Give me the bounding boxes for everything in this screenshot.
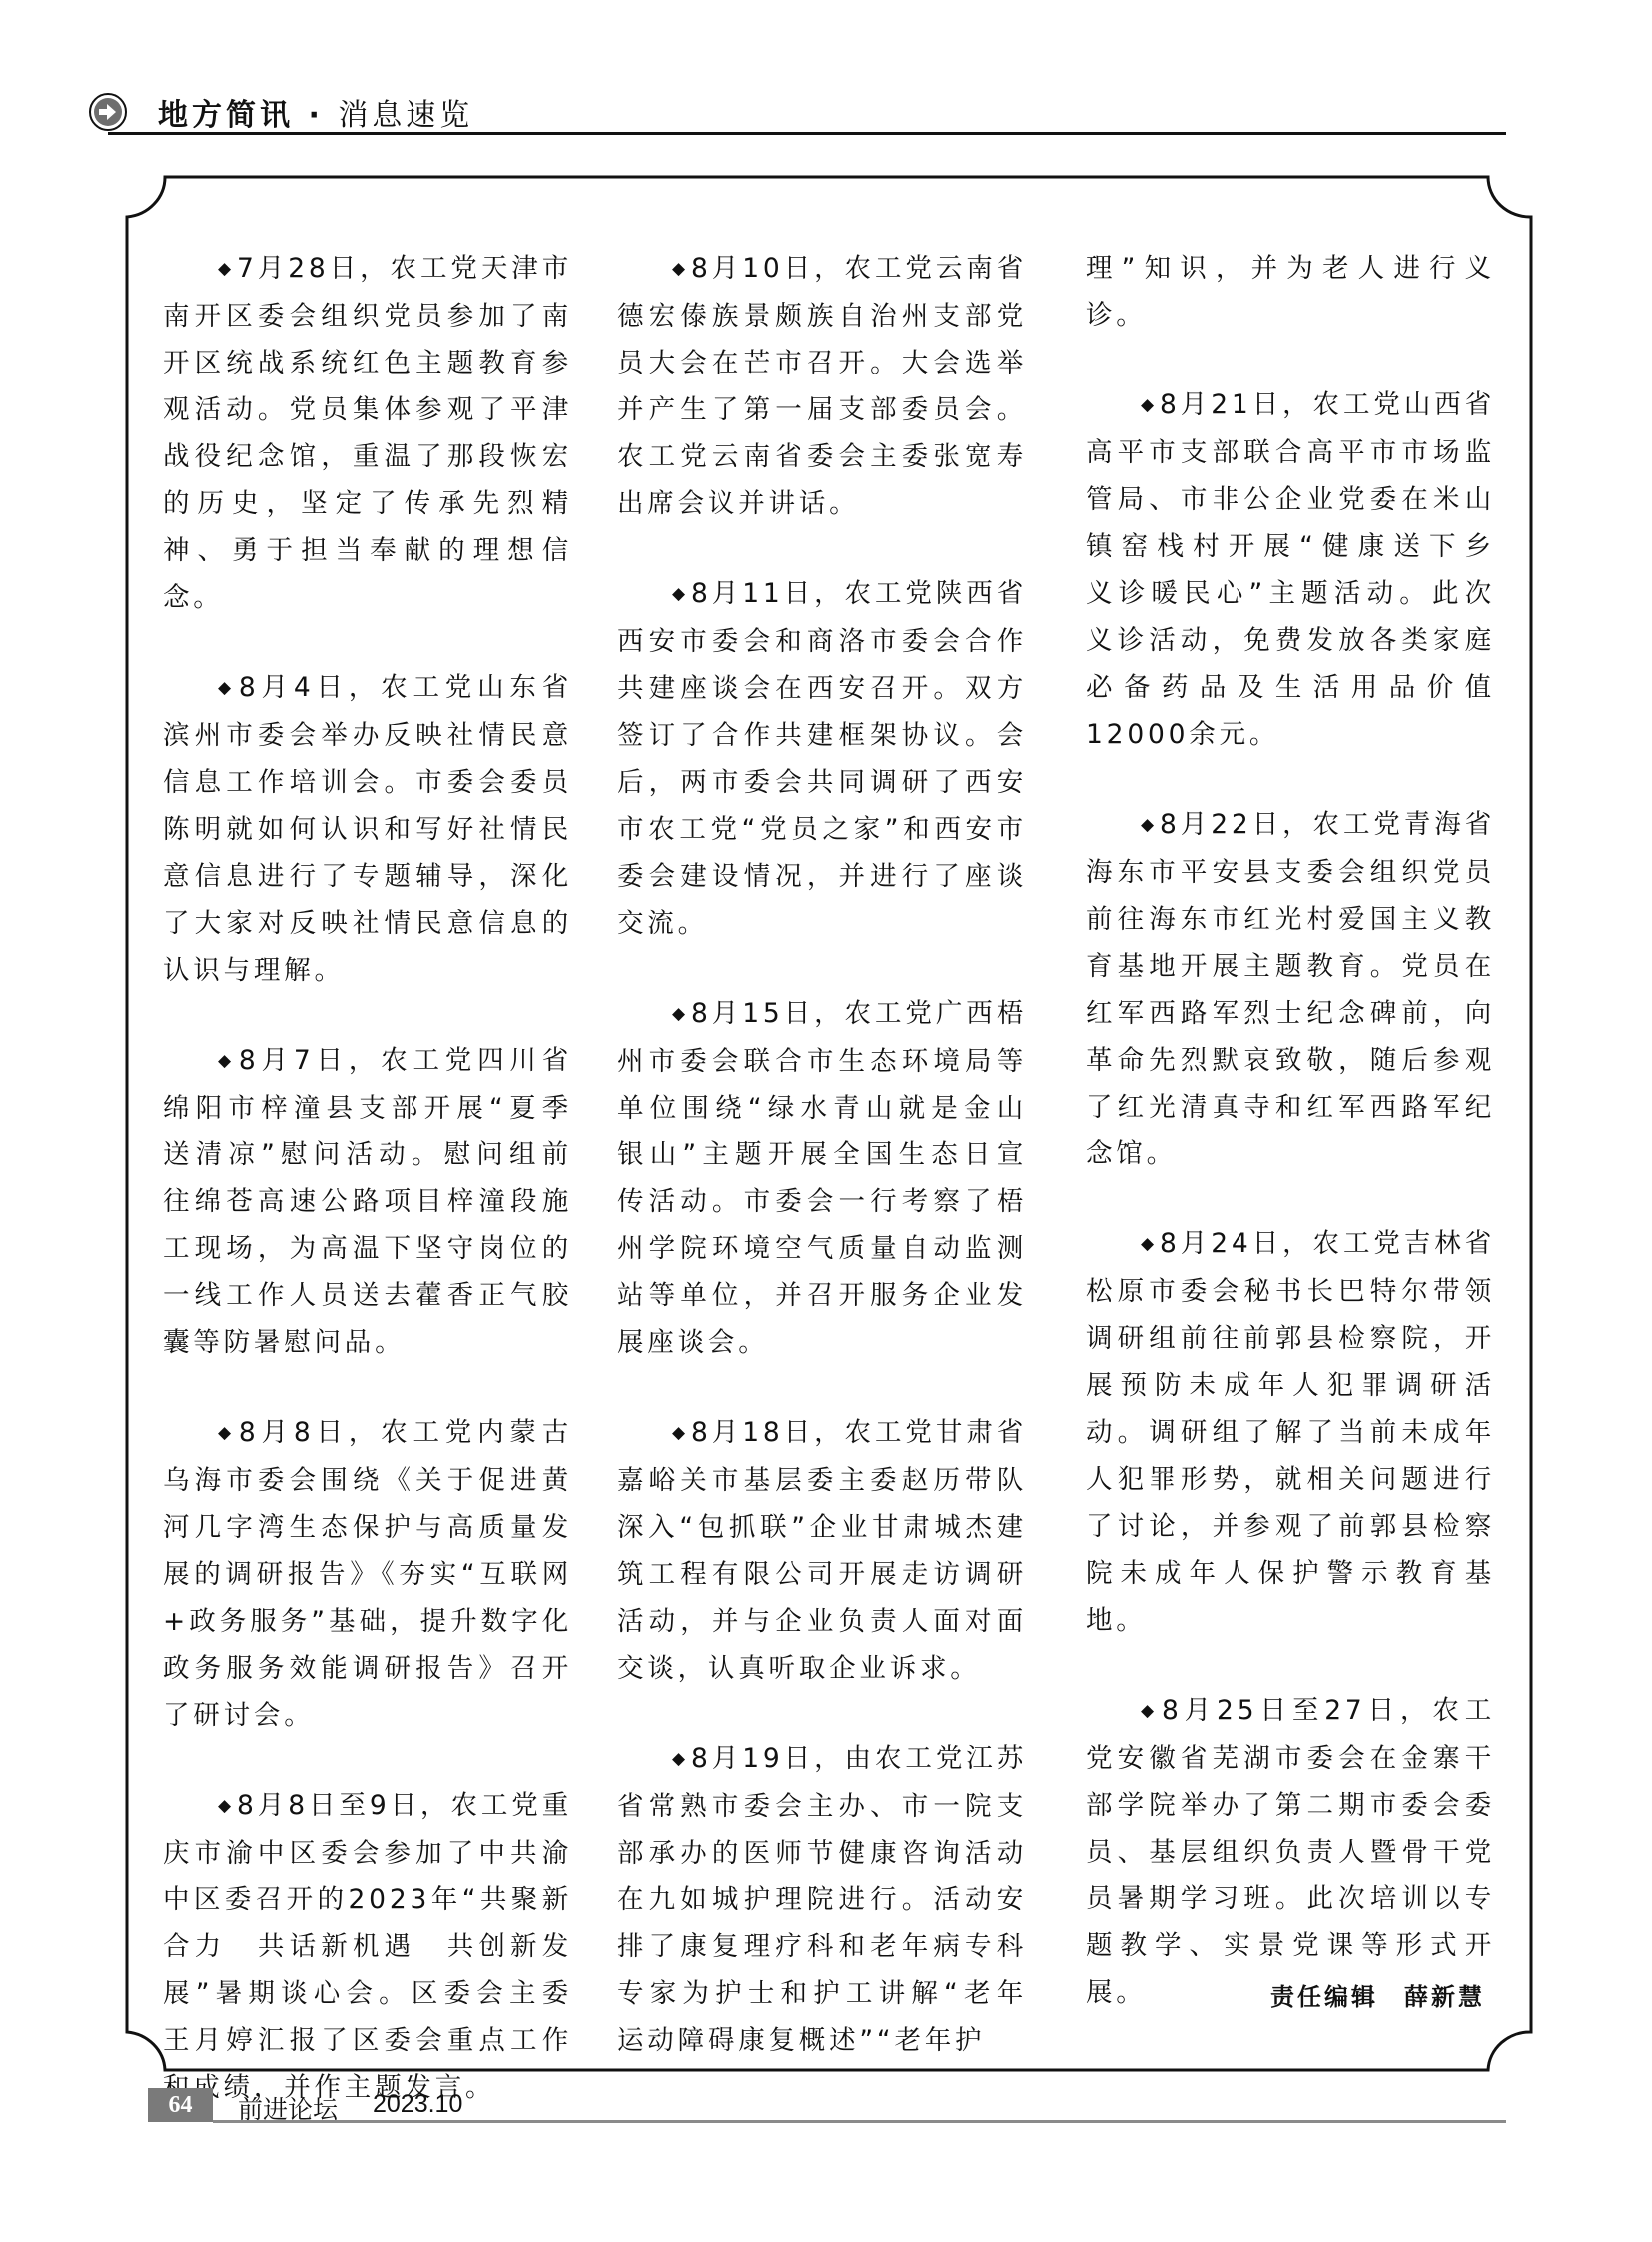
diamond-bullet-icon: ◆	[1141, 1701, 1160, 1721]
section-title-sub: 消息速览	[338, 98, 473, 133]
news-item: ◆8月22日，农工党青海省海东市平安县支委会组织党员前往海东市红光村爱国主义教育…	[1086, 801, 1495, 1177]
diamond-bullet-icon: ◆	[218, 1796, 235, 1816]
arrow-right-circle-icon	[88, 92, 128, 132]
news-text: 8月4日，农工党山东省滨州市委会举办反映社情民意信息工作培训会。市委会委员陈明就…	[163, 672, 572, 986]
news-text: 8月25日至27日，农工党安徽省芜湖市委会在金寨干部学院举办了第二期市委会委员、…	[1086, 1695, 1495, 2008]
news-item: ◆8月4日，农工党山东省滨州市委会举办反映社情民意信息工作培训会。市委会委员陈明…	[163, 664, 572, 994]
section-title: 地方简讯 · 消息速览	[158, 90, 473, 134]
news-item-continuation: 理”知识，并为老人进行义诊。	[1086, 245, 1495, 339]
news-column-2: ◆8月10日，农工党云南省德宏傣族景颇族自治州支部党员大会在芒市召开。大会选举并…	[617, 245, 1027, 2107]
footer-rule	[213, 2120, 1506, 2123]
news-text: 8月15日，农工党广西梧州市委会联合市生态环境局等单位围绕“绿水青山就是金山银山…	[617, 998, 1027, 1358]
diamond-bullet-icon: ◆	[218, 259, 235, 279]
diamond-bullet-icon: ◆	[218, 1423, 237, 1443]
news-text: 8月11日，农工党陕西省西安市委会和商洛市委会合作共建座谈会在西安召开。双方签订…	[617, 578, 1027, 939]
news-item: ◆8月21日，农工党山西省高平市支部联合高平市市场监管局、市非公企业党委在米山镇…	[1086, 381, 1495, 758]
diamond-bullet-icon: ◆	[218, 678, 237, 698]
editor-label: 责任编辑	[1270, 1983, 1378, 2011]
news-item: ◆8月11日，农工党陕西省西安市委会和商洛市委会合作共建座谈会在西安召开。双方签…	[617, 570, 1027, 947]
section-title-main: 地方简讯	[158, 98, 294, 133]
news-item: ◆8月18日，农工党甘肃省嘉峪关市基层委主委赵历带队深入“包抓联”企业甘肃城杰建…	[617, 1409, 1027, 1692]
news-text: 8月24日，农工党吉林省松原市委会秘书长巴特尔带领调研组前往前郭县检察院，开展预…	[1086, 1228, 1495, 1636]
diamond-bullet-icon: ◆	[672, 1423, 689, 1443]
page-number: 64	[148, 2088, 213, 2122]
title-separator: ·	[308, 98, 323, 133]
news-item: ◆8月7日，农工党四川省绵阳市梓潼县支部开展“夏季送清凉”慰问活动。慰问组前往绵…	[163, 1037, 572, 1366]
news-item: ◆8月10日，农工党云南省德宏傣族景颇族自治州支部党员大会在芒市召开。大会选举并…	[617, 245, 1027, 527]
news-text: 8月18日，农工党甘肃省嘉峪关市基层委主委赵历带队深入“包抓联”企业甘肃城杰建筑…	[617, 1417, 1027, 1684]
editor-name: 薛新慧	[1404, 1983, 1485, 2011]
diamond-bullet-icon: ◆	[672, 1004, 689, 1024]
diamond-bullet-icon: ◆	[672, 1749, 689, 1769]
page-footer: 64 前进论坛 2023.10	[148, 2088, 1506, 2128]
news-text: 8月19日，由农工党江苏省常熟市委会主办、市一院支部承办的医师节健康咨询活动在九…	[617, 1743, 1027, 2056]
header-rule	[108, 132, 1506, 135]
diamond-bullet-icon: ◆	[218, 1051, 237, 1071]
editor-credit: 责任编辑薛新慧	[1270, 1977, 1485, 2012]
news-text: 8月8日至9日，农工党重庆市渝中区委会参加了中共渝中区委召开的2023年“共聚新…	[163, 1790, 572, 2103]
issue-number: 2023.10	[373, 2090, 462, 2119]
news-text: 8月8日，农工党内蒙古乌海市委会围绕《关于促进黄河几字湾生态保护与高质量发展的调…	[163, 1417, 572, 1731]
news-item: ◆8月8日，农工党内蒙古乌海市委会围绕《关于促进黄河几字湾生态保护与高质量发展的…	[163, 1409, 572, 1739]
news-item: ◆8月24日，农工党吉林省松原市委会秘书长巴特尔带领调研组前往前郭县检察院，开展…	[1086, 1220, 1495, 1644]
news-text: 8月22日，农工党青海省海东市平安县支委会组织党员前往海东市红光村爱国主义教育基…	[1086, 809, 1495, 1169]
news-item: ◆8月19日，由农工党江苏省常熟市委会主办、市一院支部承办的医师节健康咨询活动在…	[617, 1735, 1027, 2064]
news-item: ◆8月15日，农工党广西梧州市委会联合市生态环境局等单位围绕“绿水青山就是金山银…	[617, 990, 1027, 1366]
news-item: ◆7月28日，农工党天津市南开区委会组织党员参加了南开区统战系统红色主题教育参观…	[163, 245, 572, 621]
diamond-bullet-icon: ◆	[672, 259, 689, 279]
news-item: ◆8月8日至9日，农工党重庆市渝中区委会参加了中共渝中区委召开的2023年“共聚…	[163, 1782, 572, 2111]
news-text: 8月10日，农工党云南省德宏傣族景颇族自治州支部党员大会在芒市召开。大会选举并产…	[617, 253, 1027, 519]
news-text: 8月21日，农工党山西省高平市支部联合高平市市场监管局、市非公企业党委在米山镇窑…	[1086, 389, 1525, 750]
diamond-bullet-icon: ◆	[1141, 815, 1158, 835]
news-item: ◆8月25日至27日，农工党安徽省芜湖市委会在金寨干部学院举办了第二期市委会委员…	[1086, 1687, 1495, 2016]
news-column-1: ◆7月28日，农工党天津市南开区委会组织党员参加了南开区统战系统红色主题教育参观…	[163, 245, 572, 2154]
news-column-3: 理”知识，并为老人进行义诊。 ◆8月21日，农工党山西省高平市支部联合高平市市场…	[1086, 245, 1495, 2059]
news-text: 8月7日，农工党四川省绵阳市梓潼县支部开展“夏季送清凉”慰问活动。慰问组前往绵苍…	[163, 1045, 572, 1358]
section-header: 地方简讯 · 消息速览	[88, 88, 1506, 134]
news-text: 7月28日，农工党天津市南开区委会组织党员参加了南开区统战系统红色主题教育参观活…	[163, 253, 572, 613]
diamond-bullet-icon: ◆	[1141, 395, 1158, 415]
diamond-bullet-icon: ◆	[672, 584, 689, 604]
diamond-bullet-icon: ◆	[1141, 1234, 1158, 1254]
